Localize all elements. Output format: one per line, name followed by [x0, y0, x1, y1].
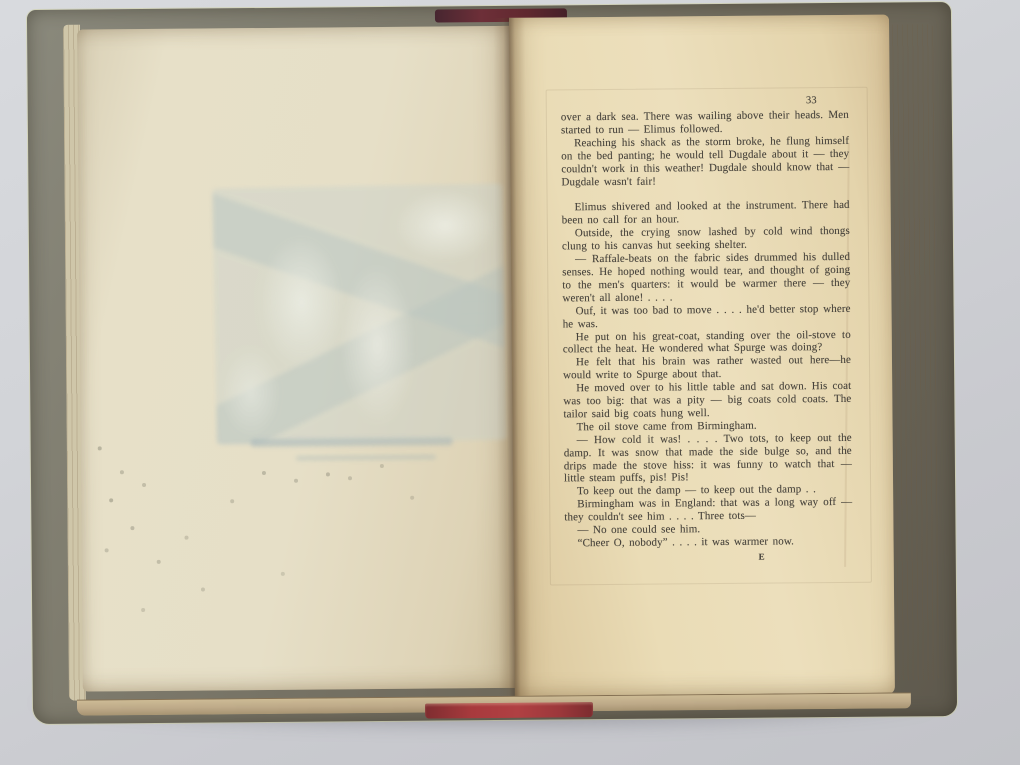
- show-through-caption-line2: [296, 454, 436, 460]
- book: 33 over a dark sea. There was wailing ab…: [27, 2, 957, 724]
- text-block: 33 over a dark sea. There was wailing ab…: [561, 95, 853, 564]
- paragraph: Elimus shivered and looked at the instru…: [562, 199, 850, 227]
- spine-cloth-bottom: [425, 702, 593, 718]
- paragraph: Ouf, it was too bad to move . . . . he'd…: [562, 303, 850, 331]
- gutter-shadow: [493, 18, 531, 698]
- page-number: 33: [561, 95, 849, 109]
- show-through-caption: [251, 437, 453, 447]
- signature-mark: E: [565, 550, 853, 565]
- paragraph: Outside, the crying snow lashed by cold …: [562, 225, 850, 253]
- paragraph: over a dark sea. There was wailing above…: [561, 109, 849, 137]
- paragraph: He felt that his brain was rather wasted…: [563, 354, 851, 382]
- paragraph: He moved over to his little table and sa…: [563, 380, 851, 421]
- paragraph: Birmingham was in England: that was a lo…: [564, 496, 852, 524]
- foxing-speckles: [77, 30, 79, 32]
- paragraph: — How cold it was! . . . . Two tots, to …: [564, 432, 852, 486]
- photo-backdrop: 33 over a dark sea. There was wailing ab…: [0, 0, 1020, 765]
- paragraph: He put on his great-coat, standing over …: [563, 328, 851, 356]
- right-page: 33 over a dark sea. There was wailing ab…: [509, 15, 895, 698]
- left-page: [77, 26, 515, 692]
- paragraph: Reaching his shack as the storm broke, h…: [561, 135, 849, 189]
- paragraph: “Cheer O, nobody” . . . . it was warmer …: [565, 535, 853, 550]
- paragraph: — Raffale-beats on the fabric sides drum…: [562, 251, 850, 305]
- page-fore-edge-right: [887, 24, 941, 680]
- show-through-illustration: [212, 184, 506, 445]
